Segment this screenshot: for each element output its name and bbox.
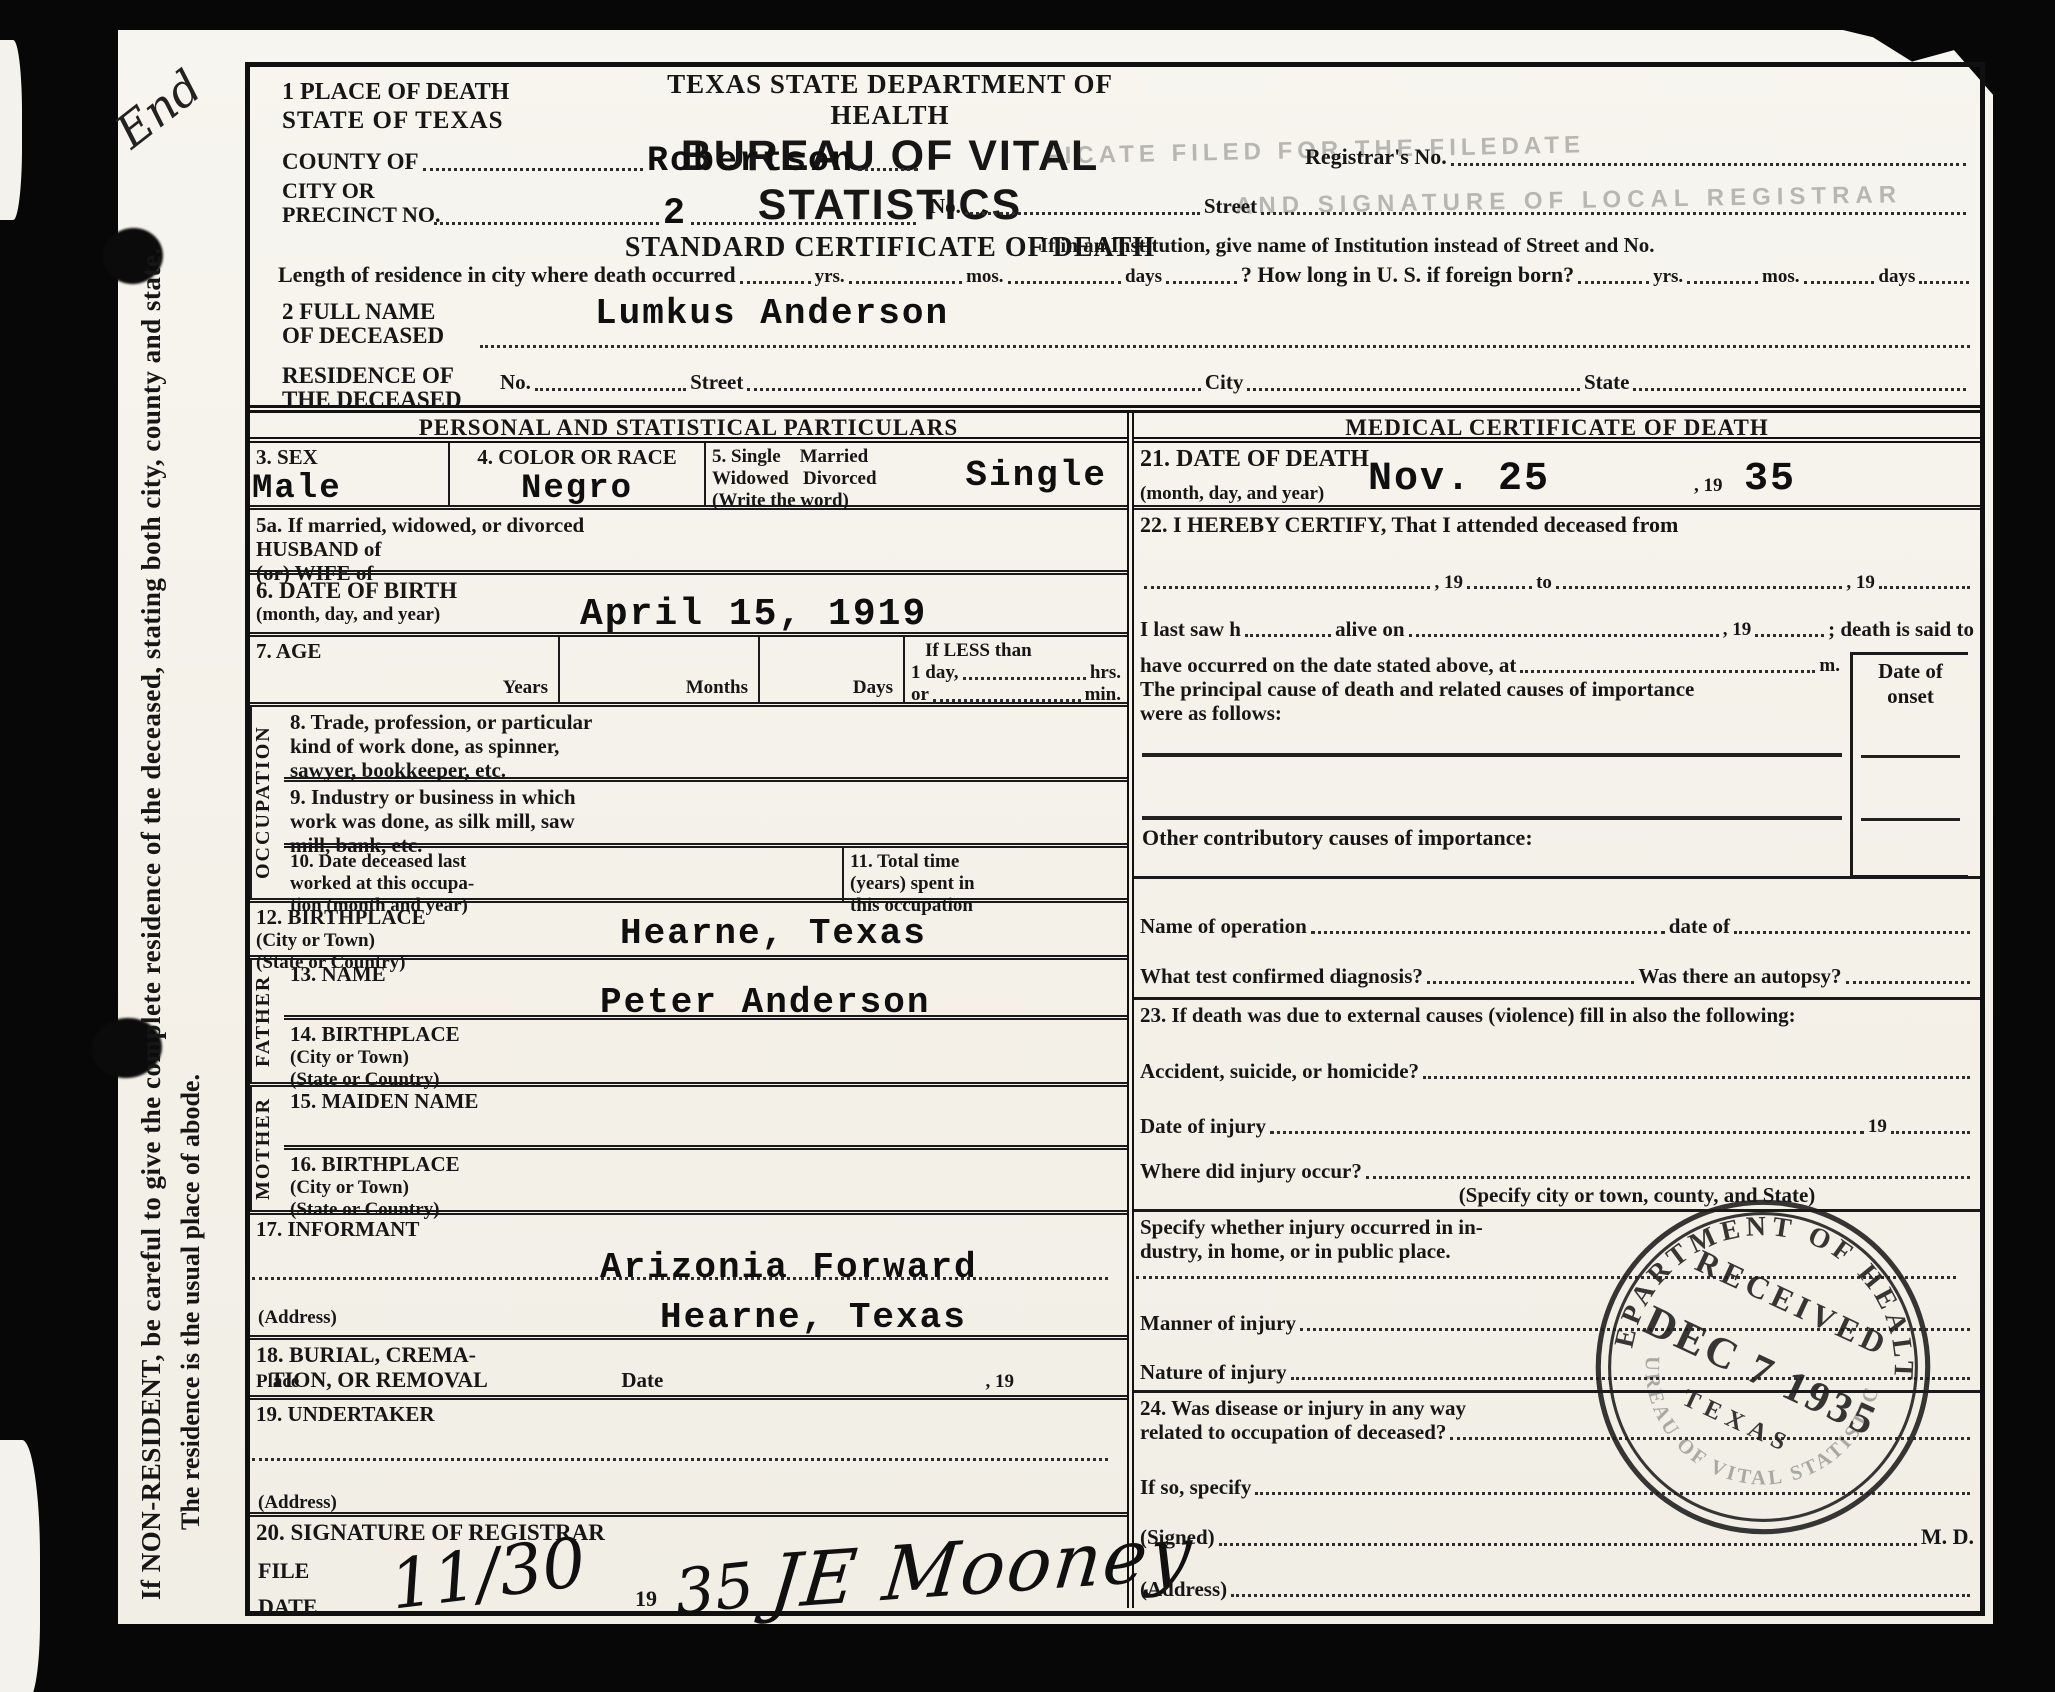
dotted-line [1311, 931, 1665, 934]
burial-row: 18. BURIAL, CREMA- TION, OR REMOVAL Plac… [250, 1340, 1127, 1400]
dotted-line [1427, 981, 1634, 984]
residence-row: No. Street City State [500, 371, 1970, 395]
precinct-no-label: PRECINCT NO. [282, 203, 441, 228]
mother-birthplace-row: 16. BIRTHPLACE (City or Town) (State or … [284, 1150, 1127, 1215]
occurred-m: m. [1819, 655, 1840, 677]
age-less2: 1 day, [911, 662, 959, 684]
no-street-row: No. Street [930, 195, 1970, 219]
days-label: days [1125, 266, 1162, 288]
registrar-no-field: Registrar's No. [1305, 145, 1970, 170]
date-of-death-year: 35 [1744, 457, 1796, 502]
operation-label: Name of operation [1140, 914, 1307, 938]
margin-note-abode: The residence is the usual place of abod… [176, 430, 206, 1530]
age-days-cell: Days [760, 637, 905, 702]
received-stamp: DEPARTMENT OF HEALTH BUREAU OF VITAL STA… [1565, 1169, 1960, 1564]
state-label: State [1584, 371, 1630, 395]
date-of-onset-box: Date of onset [1850, 652, 1968, 878]
item17-value: Arizonia Forward [600, 1247, 978, 1288]
cause-line [1142, 753, 1842, 757]
dotted-line [965, 212, 1200, 215]
residence-length-row: Length of residence in city where death … [278, 263, 1973, 288]
edge-artifact [0, 1440, 40, 1692]
injury-where-label: Where did injury occur? [1140, 1159, 1362, 1183]
mos-label: mos. [1762, 266, 1799, 288]
state-of-texas-label: STATE OF TEXAS [282, 107, 503, 135]
dotted-line [1451, 163, 1966, 166]
dotted-line [434, 222, 659, 225]
item19-label: 19. UNDERTAKER [256, 1403, 1121, 1427]
last-saw-b: alive on [1335, 617, 1404, 641]
accident-label: Accident, suicide, or homicide? [1140, 1059, 1419, 1083]
signed-label: (Signed) [1140, 1525, 1215, 1549]
item8-line2: kind of work done, as spinner, [290, 734, 1121, 758]
principal-line1: The principal cause of death and related… [1140, 677, 1840, 701]
age-label: 7. AGE [256, 640, 552, 664]
item8-line3: sawyer, bookkeeper, etc. [290, 758, 1121, 782]
dotted-line [933, 699, 1081, 702]
item11-line1: 11. Total time [850, 851, 1121, 873]
right-column-title: MEDICAL CERTIFICATE OF DEATH [1134, 413, 1980, 443]
file-date-year-handwritten: 35 [671, 1548, 757, 1629]
item9-line2: work was done, as silk mill, saw [290, 809, 1121, 833]
margin-note-nonresident: If NON-RESIDENT, be careful to give the … [136, 60, 167, 1600]
accident-row: Accident, suicide, or homicide? [1134, 1042, 1980, 1095]
age-months-cell: Months [560, 637, 760, 702]
street-label: Street [1204, 195, 1257, 219]
dotted-line [1270, 1131, 1864, 1134]
sex-label: 3. SEX [256, 446, 442, 470]
age-years-cell: 7. AGE Years [250, 637, 560, 702]
mother-maiden-row: 15. MAIDEN NAME [284, 1087, 1127, 1150]
age-or: or [911, 684, 929, 706]
item11-line2: (years) spent in [850, 873, 1121, 895]
full-name-value: Lumkus Anderson [595, 293, 949, 334]
race-value: Negro [456, 470, 698, 508]
mother-vertical-label: MOTHER [250, 1087, 284, 1210]
item14-sub1: (City or Town) [290, 1047, 1121, 1070]
father-name-row: 13. NAME Peter Anderson [284, 960, 1127, 1020]
dotted-line [1166, 281, 1237, 284]
sex-cell: 3. SEX Male [250, 443, 450, 505]
item13-value: Peter Anderson [600, 982, 930, 1023]
item19-address-label: (Address) [258, 1492, 337, 1515]
item17-address-label: (Address) [258, 1307, 337, 1330]
date-of-birth-row: 6. DATE OF BIRTH (month, day, and year) … [250, 575, 1127, 637]
dotted-line [1245, 634, 1331, 637]
birthplace-row: 12. BIRTHPLACE (City or Town) (State or … [250, 903, 1127, 960]
father-group: FATHER 13. NAME Peter Anderson 14. BIRTH… [250, 960, 1127, 1087]
file-label: FILE [258, 1559, 309, 1584]
contributory-label: Other contributory causes of importance: [1142, 826, 1533, 851]
item17-label: 17. INFORMANT [256, 1218, 1121, 1242]
dotted-line [1879, 586, 1970, 589]
item5a-line2: HUSBAND of [256, 537, 1121, 561]
certify-row: 22. I HEREBY CERTIFY, That I attended de… [1134, 510, 1980, 600]
residence-label2: THE DECEASED [282, 387, 462, 413]
marital-single: 5. Single [712, 446, 781, 467]
operation-date-label: date of [1669, 914, 1730, 938]
item22-label: 22. I HEREBY CERTIFY, That I attended de… [1140, 513, 1974, 538]
certify-19a: , 19 [1434, 572, 1463, 594]
registrar-signature-row: 20. SIGNATURE OF REGISTRAR FILE DATE 11/… [250, 1517, 1127, 1621]
sex-value: Male [252, 470, 442, 508]
street-label: Street [690, 371, 743, 395]
personal-particulars-column: PERSONAL AND STATISTICAL PARTICULARS 3. … [250, 413, 1134, 1608]
item24-line2: related to occupation of deceased? [1140, 1420, 1446, 1444]
item10-cell: 10. Date deceased last worked at this oc… [284, 848, 844, 903]
occurred-label: have occurred on the date stated above, … [1140, 653, 1516, 677]
injury-date-row: Date of injury 19 [1134, 1095, 1980, 1150]
city-label: City [1205, 371, 1244, 395]
operation-row: Name of operation date of [1134, 879, 1980, 955]
item14-label: 14. BIRTHPLACE [290, 1023, 1121, 1047]
dotted-line [1231, 1594, 1970, 1597]
mos-label: mos. [966, 266, 1003, 288]
date-of-death-value: Nov. 25 [1368, 457, 1550, 502]
yrs-label: yrs. [815, 266, 845, 288]
test-autopsy-row: What test confirmed diagnosis? Was there… [1134, 955, 1980, 1000]
no-label: No. [930, 195, 961, 219]
marital-divorced: Divorced [803, 468, 877, 489]
dotted-line [1846, 981, 1970, 984]
dotted-line [1734, 931, 1970, 934]
marital-married: Married [800, 446, 869, 467]
last-saw-19: , 19 [1723, 619, 1752, 641]
dotted-line [1891, 1131, 1970, 1134]
father-vertical-label: FATHER [250, 960, 284, 1082]
occupation-group: OCCUPATION 8. Trade, profession, or part… [250, 707, 1127, 903]
dotted-line [1556, 586, 1842, 589]
dotted-line [963, 677, 1086, 680]
edge-artifact [0, 40, 22, 220]
precinct-value: 2 [663, 193, 687, 235]
sex-race-marital-row: 3. SEX Male 4. COLOR OR RACE Negro 5. Si… [250, 443, 1127, 510]
age-less-cell: If LESS than 1 day,hrs. ormin. [905, 637, 1127, 702]
form-header: 1 PLACE OF DEATH STATE OF TEXAS TEXAS ST… [250, 67, 1980, 413]
race-label: 4. COLOR OR RACE [456, 446, 698, 470]
trade-row: 8. Trade, profession, or particular kind… [284, 707, 1127, 782]
manner-label: Manner of injury [1140, 1311, 1296, 1335]
certify-19b: , 19 [1846, 572, 1875, 594]
cause-line [1142, 816, 1842, 820]
test-label: What test confirmed diagnosis? [1140, 964, 1423, 988]
physician-address-row: (Address) [1134, 1562, 1980, 1608]
race-cell: 4. COLOR OR RACE Negro [450, 443, 706, 505]
undertaker-row: 19. UNDERTAKER (Address) [250, 1400, 1127, 1517]
md-label: M. D. [1921, 1525, 1974, 1550]
dotted-line [252, 1277, 1108, 1280]
burial-place-label: Place [256, 1371, 299, 1393]
item9-line1: 9. Industry or business in which [290, 785, 1121, 809]
item12-value: Hearne, Texas [620, 913, 927, 954]
dotted-line [747, 388, 1201, 391]
dotted-line [1520, 670, 1815, 673]
department-title: TEXAS STATE DEPARTMENT OF HEALTH [610, 69, 1170, 131]
county-field: COUNTY OF Robertson [282, 135, 922, 175]
burial-19: , 19 [986, 1371, 1015, 1393]
dotted-line [1008, 281, 1121, 284]
dotted-line [1633, 388, 1966, 391]
dotted-line [691, 222, 916, 225]
onset-label1: Date of [1853, 659, 1968, 684]
principal-line2: were as follows: [1140, 701, 1974, 725]
date-label: DATE [258, 1595, 318, 1620]
item18-label1: 18. BURIAL, CREMA- [256, 1343, 1121, 1368]
external-causes-row: 23. If death was due to external causes … [1134, 1000, 1980, 1042]
no-label: No. [500, 371, 531, 395]
dotted-line [1804, 281, 1875, 284]
place-of-death-label: 1 PLACE OF DEATH [282, 79, 509, 106]
dotted-line [423, 168, 643, 171]
dotted-line [1687, 281, 1758, 284]
marital-widowed: Widowed [712, 468, 789, 489]
dotted-line [252, 1458, 1108, 1461]
onset-label2: onset [1853, 684, 1968, 709]
institution-note: If in an Institution, give name of Insti… [1040, 233, 1655, 257]
informant-row: 17. INFORMANT Arizonia Forward (Address)… [250, 1215, 1127, 1340]
county-label: COUNTY OF [282, 149, 419, 175]
occupation-vertical-label: OCCUPATION [250, 707, 284, 898]
dotted-line [1247, 388, 1580, 391]
item21-19: , 19 [1694, 475, 1723, 497]
age-row: 7. AGE Years Months Days If LESS than 1 … [250, 637, 1127, 707]
ifso-label: If so, specify [1140, 1475, 1251, 1499]
dotted-line [1261, 212, 1966, 215]
days-label: days [1878, 266, 1915, 288]
dotted-line [480, 345, 1970, 348]
city-or-label: CITY OR [282, 179, 375, 204]
full-name-label1: 2 FULL NAME [282, 299, 435, 325]
autopsy-label: Was there an autopsy? [1638, 964, 1841, 988]
dotted-line [1467, 586, 1532, 589]
date-of-death-row: 21. DATE OF DEATH (month, day, and year)… [1134, 443, 1980, 510]
registrar-no-label: Registrar's No. [1305, 145, 1447, 170]
dotted-line [1144, 586, 1430, 589]
dotted-line [1423, 1076, 1970, 1079]
age-less1: If LESS than [911, 640, 1121, 662]
residence-length-label: Length of residence in city where death … [278, 263, 736, 288]
mother-group: MOTHER 15. MAIDEN NAME 16. BIRTHPLACE (C… [250, 1087, 1127, 1215]
file-date-19: 19 [635, 1587, 657, 1612]
item17-address-value: Hearne, Texas [660, 1297, 967, 1338]
injury-date-label: Date of injury [1140, 1114, 1266, 1138]
husband-wife-row: 5a. If married, widowed, or divorced HUS… [250, 510, 1127, 575]
item10-line2: worked at this occupa- [290, 873, 836, 895]
last-worked-row: 10. Date deceased last worked at this oc… [284, 848, 1127, 903]
burial-place-date-line: Place Date , 19 [256, 1369, 1112, 1393]
last-saw-row: I last saw h alive on , 19 ; death is sa… [1134, 600, 1980, 650]
industry-row: 9. Industry or business in which work wa… [284, 782, 1127, 848]
age-days-label: Days [853, 677, 893, 700]
dotted-line [535, 388, 686, 391]
county-value: Robertson [647, 141, 854, 181]
item23-label: 23. If death was due to external causes … [1140, 1003, 1974, 1027]
dotted-line [849, 281, 962, 284]
age-hrs: hrs. [1090, 662, 1121, 684]
item15-label: 15. MAIDEN NAME [290, 1090, 1121, 1114]
item10-line1: 10. Date deceased last [290, 851, 836, 873]
burial-date-label: Date [621, 1369, 663, 1393]
dotted-line [1919, 281, 1969, 284]
full-name-label2: OF DECEASED [282, 323, 444, 349]
item21-sublabel: (month, day, and year) [1140, 483, 1974, 506]
marital-cell: 5. Single Married Widowed Divorced (Writ… [706, 443, 1127, 505]
marital-value: Single [965, 455, 1107, 496]
dotted-line [740, 281, 811, 284]
item8-line1: 8. Trade, profession, or particular [290, 710, 1121, 734]
dotted-line [858, 168, 918, 171]
nature-label: Nature of injury [1140, 1360, 1287, 1384]
physician-address-label: (Address) [1140, 1577, 1227, 1601]
onset-line [1861, 755, 1960, 758]
item5a-line1: 5a. If married, widowed, or divorced [256, 513, 1121, 537]
precinct-field: 2 [430, 187, 920, 229]
item16-sub1: (City or Town) [290, 1177, 1121, 1200]
age-months-label: Months [686, 677, 748, 700]
dotted-line [1578, 281, 1649, 284]
dotted-line [1409, 634, 1719, 637]
onset-line [1861, 818, 1960, 821]
certify-to: to [1536, 572, 1552, 594]
age-years-label: Years [503, 677, 548, 700]
item16-label: 16. BIRTHPLACE [290, 1153, 1121, 1177]
item11-cell: 11. Total time (years) spent in this occ… [844, 848, 1127, 903]
yrs-label: yrs. [1653, 266, 1683, 288]
left-column-title: PERSONAL AND STATISTICAL PARTICULARS [250, 413, 1127, 443]
last-saw-c: ; death is said to [1828, 617, 1974, 641]
foreign-born-label: ? How long in U. S. if foreign born? [1241, 263, 1574, 288]
father-birthplace-row: 14. BIRTHPLACE (City or Town) (State or … [284, 1020, 1127, 1087]
age-min: min. [1085, 684, 1121, 706]
injury-19: 19 [1868, 1116, 1887, 1138]
last-saw-a: I last saw h [1140, 617, 1241, 641]
residence-label1: RESIDENCE OF [282, 363, 454, 389]
dob-value: April 15, 1919 [580, 593, 927, 636]
item21-label: 21. DATE OF DEATH [1140, 446, 1974, 473]
dotted-line [1755, 634, 1824, 637]
